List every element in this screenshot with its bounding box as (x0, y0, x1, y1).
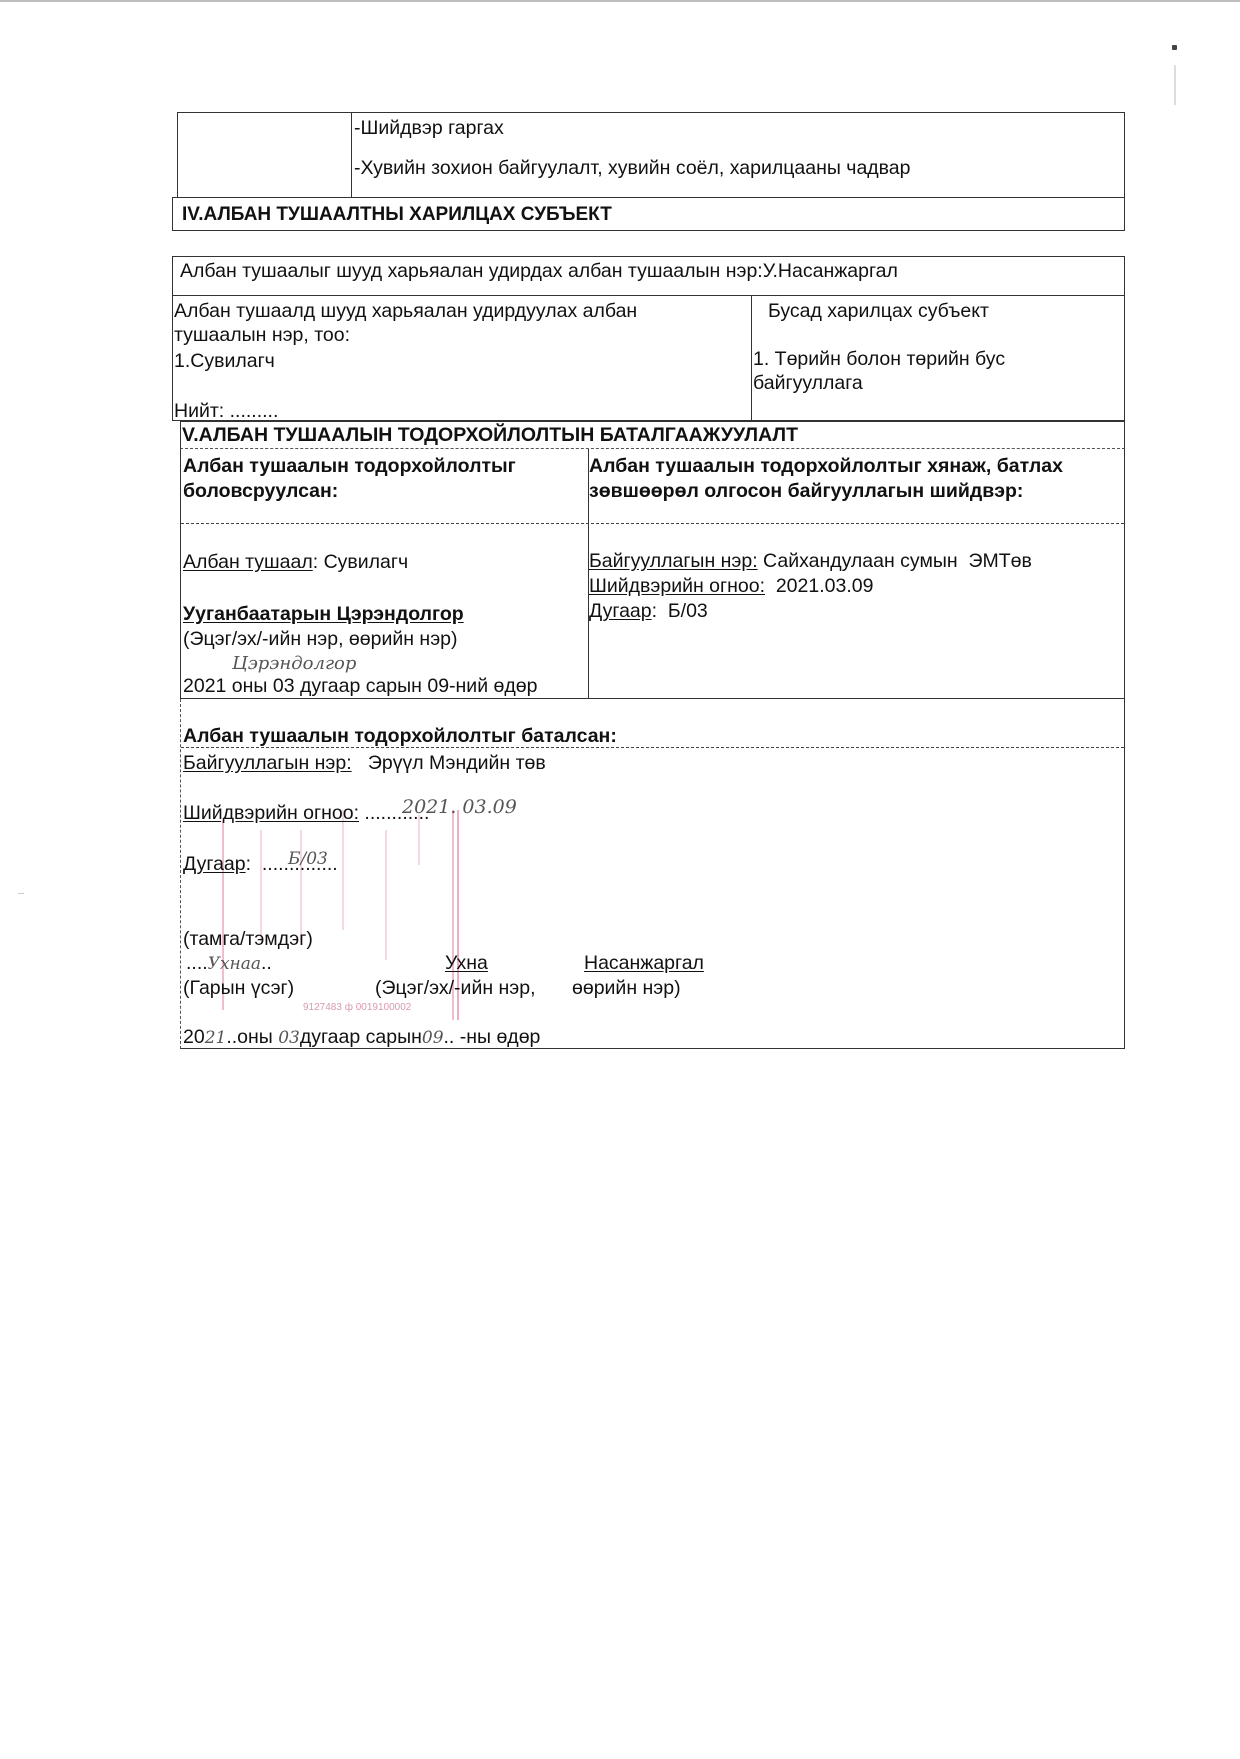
prepared-full-name: Ууганбаатарын Цэрэндолгор (183, 603, 464, 626)
approved-number-label: Дугаар (183, 853, 246, 875)
scan-mark (1174, 65, 1176, 105)
prepared-position: Албан тушаал: Сувилагч (183, 551, 408, 574)
subordinates-label: Албан тушаалд шууд харьяалан удирдуулах … (174, 300, 637, 323)
approved-org: Байгууллагын нэр: Эрүүл Мэндийн төв (183, 752, 546, 775)
approved-org-value: Эрүүл Мэндийн төв (368, 752, 546, 774)
date-mid1: ..оны (226, 1026, 278, 1048)
approved-org-label: Байгууллагын нэр: (183, 752, 352, 774)
date-suffix: .. -ны өдөр (444, 1026, 541, 1048)
decision-number: Дугаар: Б/03 (589, 600, 708, 623)
date-prefix: 20 (183, 1026, 205, 1048)
date-day-handwritten: 09 (422, 1028, 444, 1048)
scan-mark (18, 893, 24, 894)
date-month-handwritten: 03 (278, 1028, 300, 1048)
other-subject-item: 1. Төрийн болон төрийн бус (753, 348, 1005, 371)
decision-date-label: Шийдвэрийн огноо: (589, 575, 765, 597)
signature-dots-after: .. (261, 952, 272, 974)
approved-date-handwritten: 2021. 03.09 (402, 796, 517, 819)
approved-date-label: Шийдвэрийн огноо: (183, 802, 359, 824)
prepared-heading: боловсруулсан: (183, 480, 338, 503)
name-caption-2: өөрийн нэр) (572, 977, 681, 1000)
subordinate-item: 1.Сувилагч (174, 350, 275, 373)
competency-item: -Шийдвэр гаргах (354, 117, 504, 140)
decision-org: Байгууллагын нэр: Сайхандулаан сумын ЭМТ… (589, 550, 1032, 573)
prepared-date: 2021 оны 03 дугаар сарын 09-ний өдөр (183, 675, 537, 698)
subordinates-total: Нийт: ......... (174, 400, 278, 423)
competency-item: -Хувийн зохион байгуулалт, хувийн соёл, … (354, 157, 911, 180)
approved-heading: Албан тушаалын тодорхойлолтыг баталсан: (183, 725, 617, 748)
stamp-line (260, 830, 262, 940)
approved-signature: ....Ухнаа.. (186, 952, 272, 976)
section5-title: V.АЛБАН ТУШААЛЫН ТОДОРХОЙЛОЛТЫН БАТАЛГАА… (182, 424, 798, 447)
prepared-position-value: : Сувилагч (313, 551, 408, 573)
signature-caption: (Гарын үсэг) (183, 977, 294, 1000)
stamp-line (342, 810, 344, 930)
decision-org-value: Сайхандулаан сумын ЭМТөв (758, 550, 1032, 572)
subordinates-label: тушаалын нэр, тоо: (174, 324, 350, 347)
name-caption-1: (Эцэг/эх/-ийн нэр, (375, 977, 536, 1000)
approved-number-handwritten: Б/03 (288, 848, 328, 871)
scan-edge (0, 0, 1240, 2)
prepared-heading: Албан тушаалын тодорхойлолтыг (183, 455, 516, 478)
prepared-signature: Цэрэндолгор (232, 652, 356, 675)
approved-date: Шийдвэрийн огноо: ............ (183, 802, 429, 825)
competency-table (177, 112, 1125, 198)
approved-date-line: 2021..оны 03дугаар сарын09.. -ны өдөр (183, 1026, 540, 1050)
approved-father-name: Ухна (445, 952, 488, 975)
stamp-line (385, 830, 387, 960)
subordinates-divider (751, 295, 752, 420)
stamp-serial: 9127483 ф 0019100002 (303, 1002, 411, 1014)
other-subjects-label: Бусад харилцах субъект (768, 300, 989, 323)
section4-title: IV.АЛБАН ТУШААЛТНЫ ХАРИЛЦАХ СУБЪЕКТ (182, 203, 612, 226)
approved-own-name: Насанжаргал (584, 952, 704, 975)
supervisor-name: У.Насанжаргал (763, 260, 898, 282)
signature-dots: .... (186, 952, 208, 974)
decision-number-label: Дугаар (589, 600, 652, 622)
prepared-name-caption: (Эцэг/эх/-ийн нэр, өөрийн нэр) (183, 628, 458, 651)
decision-date: Шийдвэрийн огноо: 2021.03.09 (589, 575, 873, 598)
competency-left-cell (178, 113, 352, 197)
prepared-position-label: Албан тушаал (183, 551, 313, 573)
scan-mark (1172, 45, 1177, 50)
date-mid2: дугаар сарын (300, 1026, 422, 1048)
other-subject-item: байгууллага (753, 372, 863, 395)
decision-org-label: Байгууллагын нэр: (589, 550, 758, 572)
stamp-caption: (тамга/тэмдэг) (183, 928, 313, 951)
date-year-handwritten: 21 (205, 1028, 227, 1048)
decision-heading: Албан тушаалын тодорхойлолтыг хянаж, бат… (589, 455, 1063, 478)
supervisor-label-text: Албан тушаалыг шууд харьяалан удирдах ал… (180, 260, 763, 282)
stamp-line (300, 830, 302, 940)
signature-handwritten: Ухнаа (208, 954, 261, 974)
verification-dashed-line (181, 523, 1124, 524)
supervisor-label: Албан тушаалыг шууд харьяалан удирдах ал… (180, 260, 898, 283)
decision-number-value: : Б/03 (652, 600, 708, 622)
decision-date-value: 2021.03.09 (765, 575, 873, 597)
decision-heading: зөвшөөрөл олгосон байгууллагын шийдвэр: (589, 480, 1023, 503)
